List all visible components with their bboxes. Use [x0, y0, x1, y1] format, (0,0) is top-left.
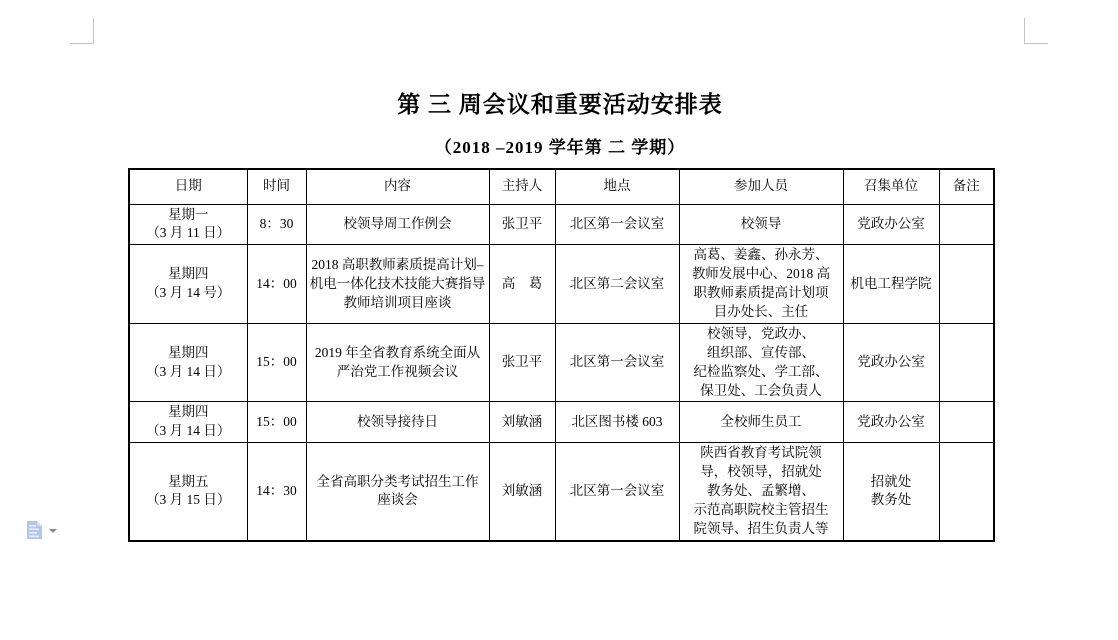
margin-crop-mark-top-left: [70, 18, 94, 44]
cell-time: 14：00: [247, 245, 306, 324]
cell-content: 全省高职分类考试招生工作 座谈会: [306, 443, 489, 541]
column-header: 召集单位: [843, 169, 939, 204]
cell-host: 张卫平: [489, 323, 555, 402]
column-header: 内容: [306, 169, 489, 204]
column-header: 地点: [555, 169, 679, 204]
table-row: 星期一 （3 月 11 日）8：30校领导周工作例会张卫平北区第一会议室校领导党…: [129, 204, 994, 245]
table-row: 星期四 （3 月 14 日）15：00校领导接待日刘敏涵北区图书楼 603全校师…: [129, 402, 994, 443]
cell-remark: [939, 204, 994, 245]
cell-location: 北区第一会议室: [555, 323, 679, 402]
cell-time: 14：30: [247, 443, 306, 541]
cell-participants: 陕西省教育考试院领 导，校领导，招就处 教务处、孟繁增、 示范高职院校主管招生 …: [679, 443, 843, 541]
cell-location: 北区第二会议室: [555, 245, 679, 324]
column-header: 主持人: [489, 169, 555, 204]
cell-organizer: 党政办公室: [843, 204, 939, 245]
cell-host: 张卫平: [489, 204, 555, 245]
column-header: 日期: [129, 169, 247, 204]
cell-remark: [939, 323, 994, 402]
cell-participants: 高葛、姜鑫、孙永芳、 教师发展中心、2018 高 职教师素质提高计划项 目办处长…: [679, 245, 843, 324]
cell-time: 15：00: [247, 323, 306, 402]
column-header: 备注: [939, 169, 994, 204]
cell-date: 星期五 （3 月 15 日）: [129, 443, 247, 541]
margin-crop-mark-top-right: [1024, 18, 1048, 44]
cell-remark: [939, 443, 994, 541]
cell-location: 北区第一会议室: [555, 443, 679, 541]
table-row: 星期四 （3 月 14 号）14：002018 高职教师素质提高计划–机电一体化…: [129, 245, 994, 324]
cell-content: 2018 高职教师素质提高计划–机电一体化技术技能大赛指导教师培训项目座谈: [306, 245, 489, 324]
table-row: 星期五 （3 月 15 日）14：30全省高职分类考试招生工作 座谈会刘敏涵北区…: [129, 443, 994, 541]
cell-remark: [939, 402, 994, 443]
cell-participants: 校领导，党政办、 组织部、宣传部、 纪检监察处、学工部、 保卫处、工会负责人: [679, 323, 843, 402]
cell-location: 北区第一会议室: [555, 204, 679, 245]
cell-date: 星期四 （3 月 14 日）: [129, 323, 247, 402]
document-page: { "page": { "title": "第 三 周会议和重要活动安排表", …: [0, 0, 1118, 640]
page-subtitle: （2018 –2019 学年第 二 学期）: [0, 133, 1118, 158]
cell-host: 刘敏涵: [489, 402, 555, 443]
cell-time: 15：00: [247, 402, 306, 443]
cell-date: 星期一 （3 月 11 日）: [129, 204, 247, 245]
table-row: 星期四 （3 月 14 日）15：002019 年全省教育系统全面从严治党工作视…: [129, 323, 994, 402]
cell-organizer: 党政办公室: [843, 402, 939, 443]
cell-host: 高 葛: [489, 245, 555, 324]
cell-content: 校领导接待日: [306, 402, 489, 443]
cell-date: 星期四 （3 月 14 号）: [129, 245, 247, 324]
cell-time: 8：30: [247, 204, 306, 245]
cell-organizer: 党政办公室: [843, 323, 939, 402]
page-title: 第 三 周会议和重要活动安排表: [0, 86, 1118, 119]
cell-organizer: 机电工程学院: [843, 245, 939, 324]
column-header: 时间: [247, 169, 306, 204]
chevron-down-icon[interactable]: [49, 529, 57, 533]
column-header: 参加人员: [679, 169, 843, 204]
status-widget[interactable]: [27, 521, 57, 539]
schedule-table: 日期时间内容主持人地点参加人员召集单位备注 星期一 （3 月 11 日）8：30…: [128, 168, 995, 542]
cell-host: 刘敏涵: [489, 443, 555, 541]
cell-remark: [939, 245, 994, 324]
cell-participants: 全校师生员工: [679, 402, 843, 443]
cell-location: 北区图书楼 603: [555, 402, 679, 443]
cell-content: 2019 年全省教育系统全面从严治党工作视频会议: [306, 323, 489, 402]
cell-participants: 校领导: [679, 204, 843, 245]
cell-date: 星期四 （3 月 14 日）: [129, 402, 247, 443]
document-lines-icon[interactable]: [27, 521, 42, 539]
cell-organizer: 招就处 教务处: [843, 443, 939, 541]
cell-content: 校领导周工作例会: [306, 204, 489, 245]
table-header-row: 日期时间内容主持人地点参加人员召集单位备注: [129, 169, 994, 204]
